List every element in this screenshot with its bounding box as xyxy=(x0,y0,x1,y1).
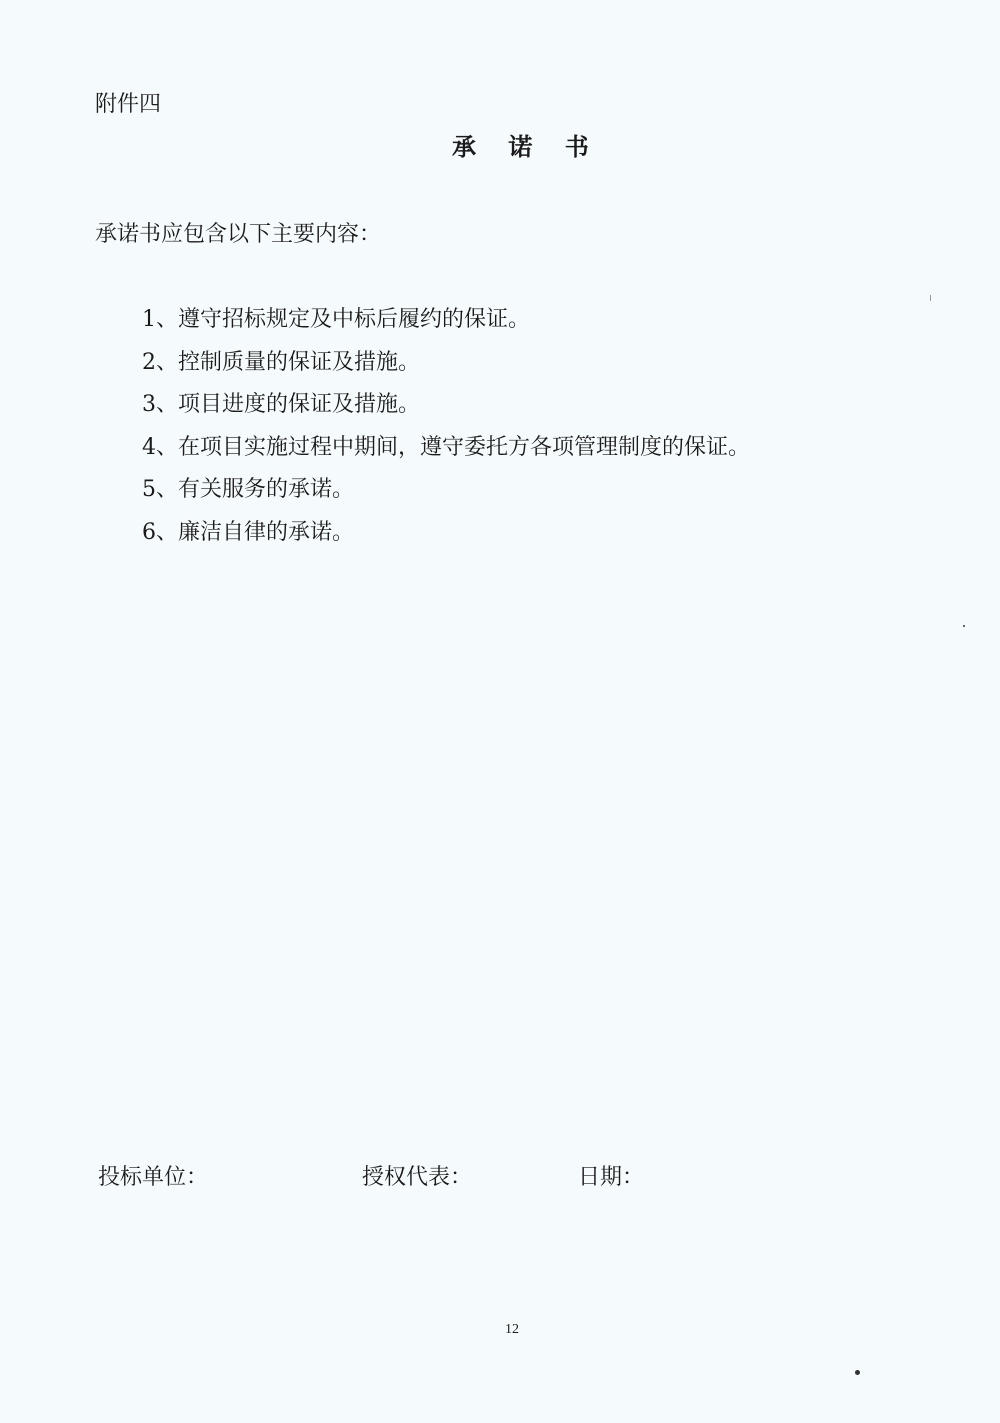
requirements-list: 1、遵守招标规定及中标后履约的保证。 2、控制质量的保证及措施。 3、项目进度的… xyxy=(142,305,750,560)
item-text: 廉洁自律的承诺。 xyxy=(178,520,354,545)
bidder-label: 投标单位： xyxy=(98,1163,208,1193)
item-text: 控制质量的保证及措施。 xyxy=(178,350,420,375)
scan-speck xyxy=(963,625,965,627)
item-number: 2、 xyxy=(142,350,178,375)
item-text: 遵守招标规定及中标后履约的保证。 xyxy=(178,307,530,332)
attachment-label: 附件四 xyxy=(95,90,161,120)
authorized-rep-label: 授权代表： xyxy=(362,1163,472,1193)
list-item: 5、有关服务的承诺。 xyxy=(142,475,750,518)
item-text: 有关服务的承诺。 xyxy=(178,477,354,502)
signature-row: 投标单位： 授权代表： 日期： xyxy=(0,1163,1000,1195)
list-item: 4、在项目实施过程中期间，遵守委托方各项管理制度的保证。 xyxy=(142,433,750,476)
item-number: 1、 xyxy=(142,307,178,332)
intro-text: 承诺书应包含以下主要内容： xyxy=(95,220,381,250)
scan-speck xyxy=(855,1370,860,1375)
document-page: 附件四 承 诺 书 承诺书应包含以下主要内容： 1、遵守招标规定及中标后履约的保… xyxy=(0,0,1000,1423)
list-item: 6、廉洁自律的承诺。 xyxy=(142,518,750,561)
item-text: 项目进度的保证及措施。 xyxy=(178,392,420,417)
date-label: 日期： xyxy=(578,1163,644,1193)
scan-speck xyxy=(930,295,931,301)
list-item: 3、项目进度的保证及措施。 xyxy=(142,390,750,433)
item-number: 6、 xyxy=(142,520,178,545)
item-text: 在项目实施过程中期间，遵守委托方各项管理制度的保证。 xyxy=(178,435,750,460)
item-number: 4、 xyxy=(142,435,178,460)
document-title: 承 诺 书 xyxy=(452,131,601,163)
item-number: 5、 xyxy=(142,477,178,502)
list-item: 2、控制质量的保证及措施。 xyxy=(142,348,750,391)
list-item: 1、遵守招标规定及中标后履约的保证。 xyxy=(142,305,750,348)
item-number: 3、 xyxy=(142,392,178,417)
page-number: 12 xyxy=(505,1321,519,1339)
